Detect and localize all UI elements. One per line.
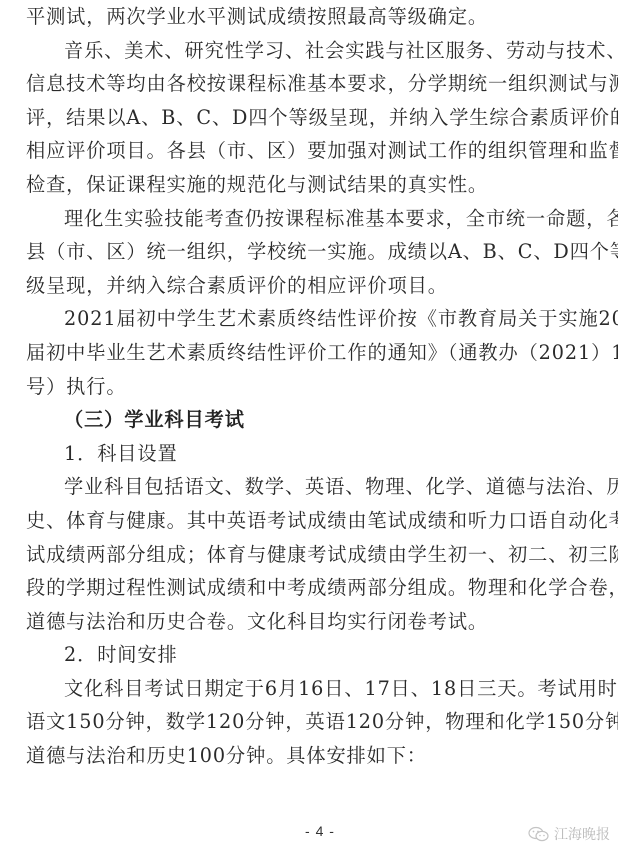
text-line: 平测试，两次学业水平测试成绩按照最高等级确定。 <box>26 0 618 34</box>
text-line: 信息技术等均由各校按课程标准基本要求，分学期统一组织测试与测 <box>26 67 618 101</box>
text-line: 检查，保证课程实施的规范化与测试结果的真实性。 <box>26 168 618 202</box>
text-line: 史、体育与健康。其中英语考试成绩由笔试成绩和听力口语自动化考 <box>26 504 618 538</box>
text-line: 2021届初中学生艺术素质终结性评价按《市教育局关于实施2021 <box>26 302 618 336</box>
text-line: 理化生实验技能考查仍按课程标准基本要求，全市统一命题，各 <box>26 202 618 236</box>
text-line: 相应评价项目。各县（市、区）要加强对测试工作的组织管理和监督 <box>26 134 618 168</box>
text-line: 评，结果以A、B、C、D四个等级呈现，并纳入学生综合素质评价的 <box>26 101 618 135</box>
text-line: 段的学期过程性测试成绩和中考成绩两部分组成。物理和化学合卷， <box>26 571 618 605</box>
watermark-text: 江海晚报 <box>554 824 610 844</box>
text-line: 道德与法治和历史合卷。文化科目均实行闭卷考试。 <box>26 605 618 639</box>
text-line: 届初中毕业生艺术素质终结性评价工作的通知》（通教办（2021）17 <box>26 336 618 370</box>
text-line: 道德与法治和历史100分钟。具体安排如下： <box>26 739 618 773</box>
text-line: 县（市、区）统一组织，学校统一实施。成绩以A、B、C、D四个等 <box>26 235 618 269</box>
text-line: 音乐、美术、研究性学习、社会实践与社区服务、劳动与技术、 <box>26 34 618 68</box>
document-body: 平测试，两次学业水平测试成绩按照最高等级确定。音乐、美术、研究性学习、社会实践与… <box>26 0 618 773</box>
text-line: 号）执行。 <box>26 370 618 404</box>
text-line: 文化科目考试日期定于6月16日、17日、18日三天。考试用时： <box>26 672 618 706</box>
text-line: 试成绩两部分组成；体育与健康考试成绩由学生初一、初二、初三阶 <box>26 538 618 572</box>
document-page: 平测试，两次学业水平测试成绩按照最高等级确定。音乐、美术、研究性学习、社会实践与… <box>0 0 640 865</box>
text-line: 2．时间安排 <box>26 638 618 672</box>
text-line: 学业科目包括语文、数学、英语、物理、化学、道德与法治、历 <box>26 470 618 504</box>
text-line: 1．科目设置 <box>26 437 618 471</box>
text-line: 语文150分钟，数学120分钟，英语120分钟，物理和化学150分钟， <box>26 705 618 739</box>
section-heading: （三）学业科目考试 <box>26 403 618 437</box>
wechat-icon <box>528 826 550 842</box>
text-line: 级呈现，并纳入综合素质评价的相应评价项目。 <box>26 269 618 303</box>
watermark: 江海晚报 <box>528 824 610 844</box>
